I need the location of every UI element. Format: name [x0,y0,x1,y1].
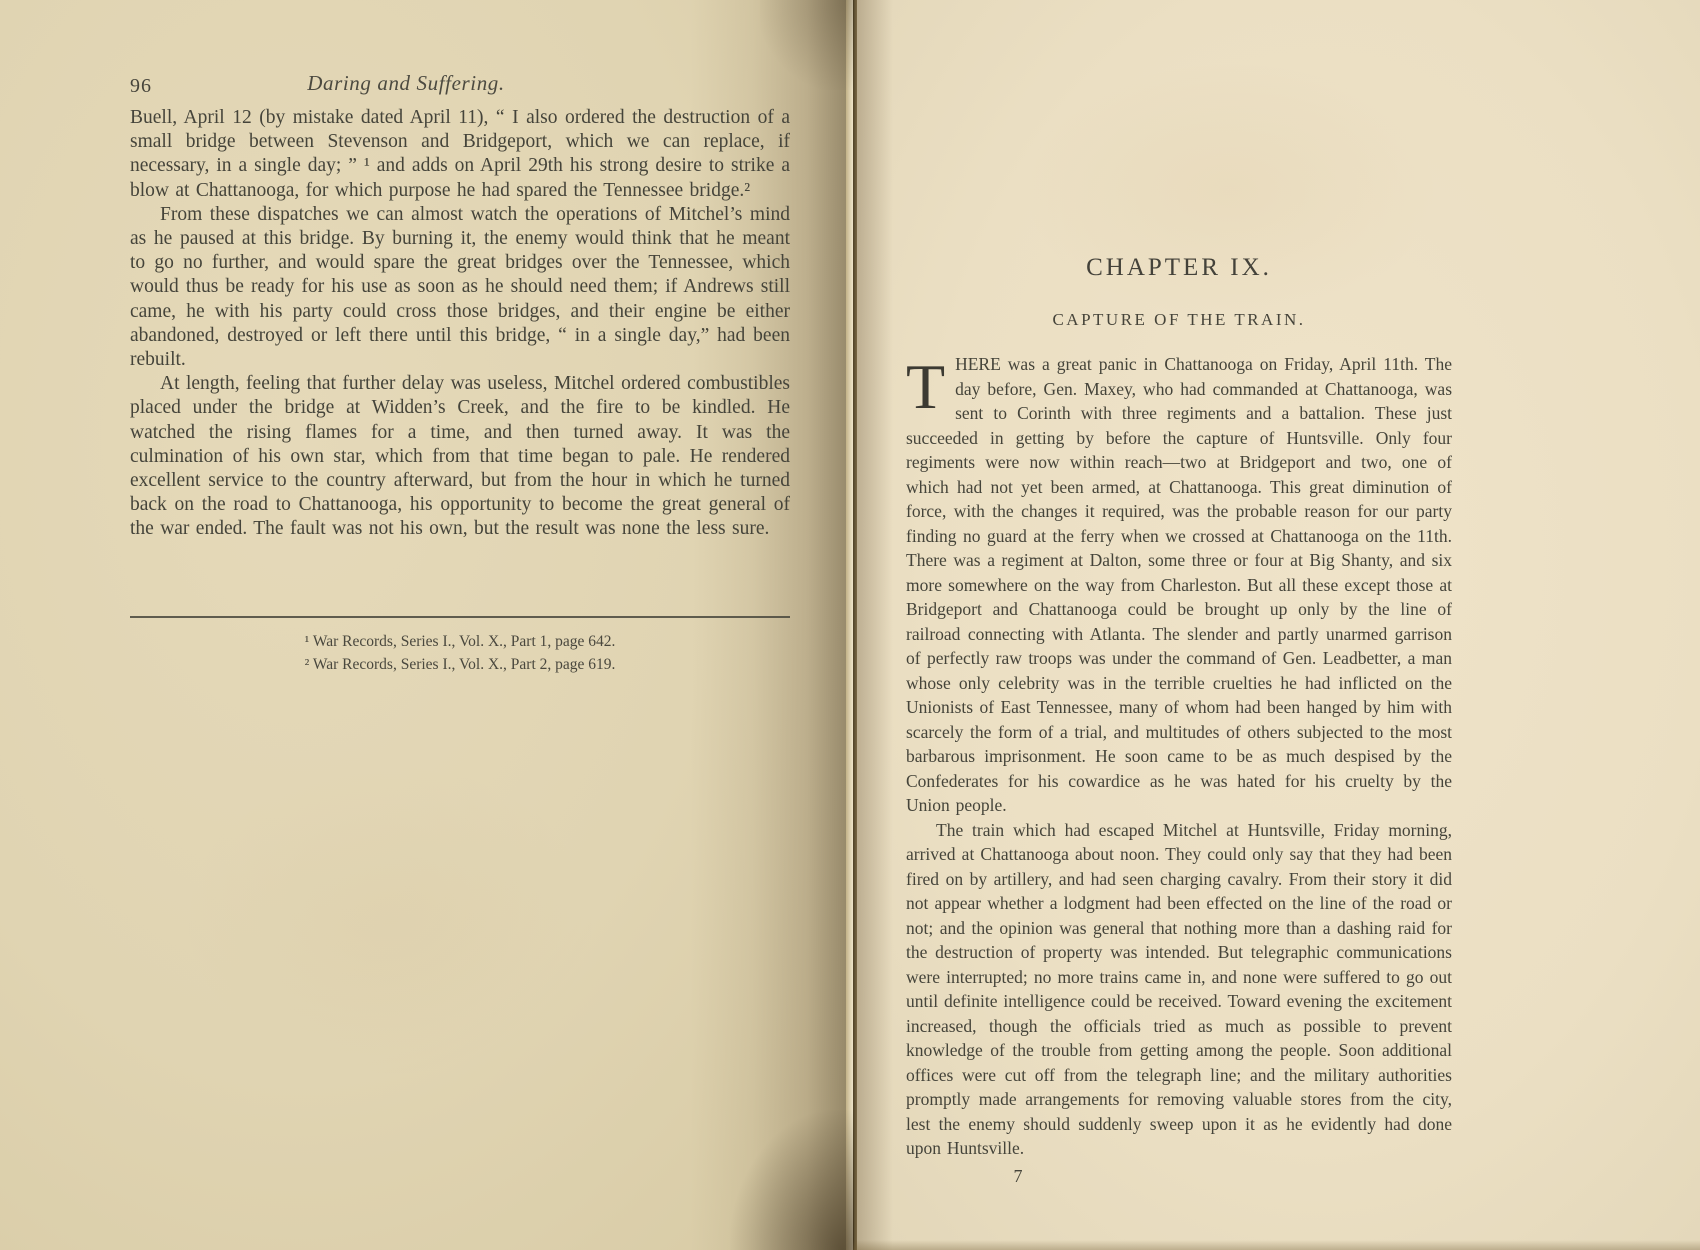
right-page-body: THERE was a great panic in Chattanooga o… [906,352,1452,1161]
paragraph: From these dispatches we can almost watc… [130,203,790,372]
footnote: ² War Records, Series I., Vol. X., Part … [130,653,790,676]
paragraph: The train which had escaped Mitchel at H… [906,818,1452,1161]
paragraph: At length, feeling that further delay wa… [130,372,790,541]
opening-paragraph: THERE was a great panic in Chattanooga o… [906,352,1452,818]
book-spread: 96 Daring and Suffering. Buell, April 12… [0,0,1700,1250]
page-edge-highlight [846,0,853,1250]
paper-texture [180,760,600,1080]
chapter-subtitle: CAPTURE OF THE TRAIN. [906,310,1452,330]
paragraph-text: HERE was a great panic in Chattanooga on… [906,354,1452,815]
footnotes: ¹ War Records, Series I., Vol. X., Part … [130,630,790,676]
paragraph: Buell, April 12 (by mistake dated April … [130,106,790,203]
footnote-rule [130,616,790,618]
left-page-header: 96 Daring and Suffering. [130,70,790,104]
page-bottom-edge [853,1240,1700,1250]
footnote: ¹ War Records, Series I., Vol. X., Part … [130,630,790,653]
chapter-heading: CHAPTER IX. [906,254,1452,282]
gutter-shadow [730,1110,854,1250]
running-head: Daring and Suffering. [130,71,682,96]
signature-mark: 7 [1006,1166,1030,1187]
left-page-body: Buell, April 12 (by mistake dated April … [130,106,790,542]
gutter-shadow [857,0,893,1250]
drop-cap: T [906,352,955,419]
